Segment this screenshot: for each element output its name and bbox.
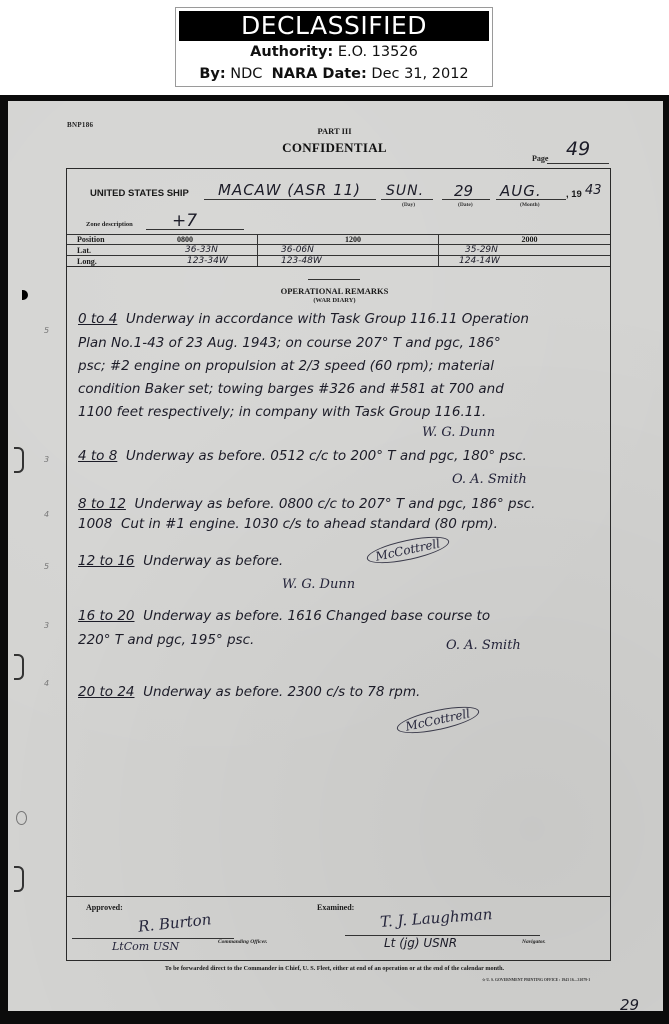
watch-label: 12 to 16 [78, 553, 135, 569]
lat-cell: 35-29N [439, 245, 611, 256]
margin-number: 5 [44, 326, 49, 335]
year-prefix: , 19 [566, 189, 582, 200]
remarks-subtitle: (WAR DIARY) [0, 297, 669, 304]
time-prefix: 1008 [78, 516, 112, 532]
day-value: SUN. [386, 183, 424, 199]
date-value: 29 [454, 182, 473, 200]
remarks-title: OPERATIONAL REMARKS [0, 286, 669, 296]
long-cell: Long. 123-34W [67, 256, 258, 267]
long-cell: 124-14W [439, 256, 611, 267]
margin-number: 4 [44, 679, 49, 688]
signature-dunn: W. G. Dunn [282, 577, 355, 592]
entry-0-line-3: condition Baker set; towing barges #326 … [78, 381, 504, 397]
table-row: Position 0800 1200 2000 [67, 235, 610, 245]
signature-dunn: W. G. Dunn [422, 425, 495, 440]
position-table: Position 0800 1200 2000 Lat. 36-33N 36-0… [67, 234, 610, 267]
entry-1-line-0: 4 to 8 Underway as before. 0512 c/c to 2… [78, 448, 527, 464]
time-cell: 2000 [439, 235, 611, 245]
long-1200: 123-48W [268, 256, 322, 266]
entry-0-line-4: 1100 feet respectively; in company with … [78, 404, 486, 420]
forwarding-instructions: To be forwarded direct to the Commander … [0, 965, 669, 972]
ship-label: UNITED STATES SHIP [90, 188, 189, 199]
page-underline [547, 163, 609, 164]
margin-number: 3 [44, 455, 49, 464]
lat-cell: Lat. 36-33N [67, 245, 258, 256]
lat-1200: 36-06N [268, 245, 314, 255]
entry-3-line-0: 12 to 16 Underway as before. [78, 553, 283, 569]
entry-5-line-0: 20 to 24 Underway as before. 2300 c/s to… [78, 684, 420, 700]
margin-number: 3 [44, 621, 49, 630]
day-caption: (Day) [402, 202, 415, 208]
divider [308, 279, 360, 280]
position-header-cell: Position 0800 [67, 235, 258, 245]
authority-line: Authority: E.O. 13526 [176, 41, 492, 63]
declassified-title: DECLASSIFIED [179, 11, 489, 41]
table-row: Long. 123-34W 123-48W 124-14W [67, 256, 610, 267]
watch-label: 0 to 4 [78, 311, 117, 327]
day-underline [381, 199, 433, 200]
folio-number: 29 [620, 996, 639, 1014]
ship-name: MACAW (ASR 11) [218, 181, 361, 199]
signature-smith: O. A. Smith [452, 472, 527, 487]
printer-imprint: ☆ U. S. GOVERNMENT PRINTING OFFICE : 194… [482, 977, 590, 982]
zone-label: Zone description [86, 221, 133, 228]
examined-label: Examined: [317, 903, 354, 912]
time-cell: 1200 [258, 235, 439, 245]
year-suffix: 43 [585, 183, 602, 198]
lat-0800: 36-33N [185, 246, 218, 255]
entry-0-line-0: 0 to 4 Underway in accordance with Task … [78, 311, 529, 327]
approved-rank: LtCom USN [112, 940, 179, 953]
binder-clip-icon [14, 447, 24, 473]
entry-0-line-1: Plan No.1-43 of 23 Aug. 1943; on course … [78, 335, 501, 351]
long-cell: 123-48W [258, 256, 439, 267]
month-value: AUG. [500, 182, 542, 200]
approved-label: Approved: [86, 903, 123, 912]
declassified-stamp: DECLASSIFIED Authority: E.O. 13526 By: N… [175, 7, 493, 87]
examined-rank: Lt (jg) USNR [384, 936, 457, 950]
binder-clip-icon [14, 866, 24, 892]
nara-line: By: NDC NARA Date: Dec 31, 2012 [176, 63, 492, 85]
signature-smith: O. A. Smith [446, 638, 521, 653]
long-0800: 123-34W [187, 257, 228, 266]
entry-0-line-2: psc; #2 engine on propulsion at 2/3 spee… [78, 358, 494, 374]
margin-number: 4 [44, 510, 49, 519]
watch-label: 4 to 8 [78, 448, 117, 464]
watch-label: 16 to 20 [78, 608, 135, 624]
table-row: Lat. 36-33N 36-06N 35-29N [67, 245, 610, 256]
time-1200: 1200 [268, 235, 438, 244]
watch-label: 8 to 12 [78, 496, 126, 512]
margin-number: 5 [44, 562, 49, 571]
lat-2000: 35-29N [449, 245, 498, 255]
binder-clip-icon [14, 654, 24, 680]
long-2000: 124-14W [449, 256, 500, 266]
ship-underline [204, 199, 376, 200]
entry-4-line-0: 16 to 20 Underway as before. 1616 Change… [78, 608, 490, 624]
commanding-officer-caption: Commanding Officer. [218, 939, 267, 945]
date-caption: (Date) [458, 202, 473, 208]
punch-hole [16, 811, 27, 825]
commanding-officer-line [72, 938, 234, 939]
page-label: Page [532, 154, 548, 163]
footer-divider [67, 896, 610, 897]
entry-2-line-1: 1008 Cut in #1 engine. 1030 c/s to ahead… [78, 516, 498, 532]
watch-label: 20 to 24 [78, 684, 135, 700]
zone-value: +7 [172, 211, 197, 231]
part-heading: PART III [0, 126, 669, 136]
navigator-caption: Navigator. [522, 939, 546, 945]
time-0800: 0800 [177, 235, 193, 244]
entry-4-line-1: 220° T and pgc, 195° psc. [78, 632, 254, 648]
lat-cell: 36-06N [258, 245, 439, 256]
month-caption: (Month) [520, 202, 540, 208]
entry-2-line-0: 8 to 12 Underway as before. 0800 c/c to … [78, 496, 535, 512]
time-2000: 2000 [449, 235, 610, 244]
page-number: 49 [566, 138, 590, 160]
